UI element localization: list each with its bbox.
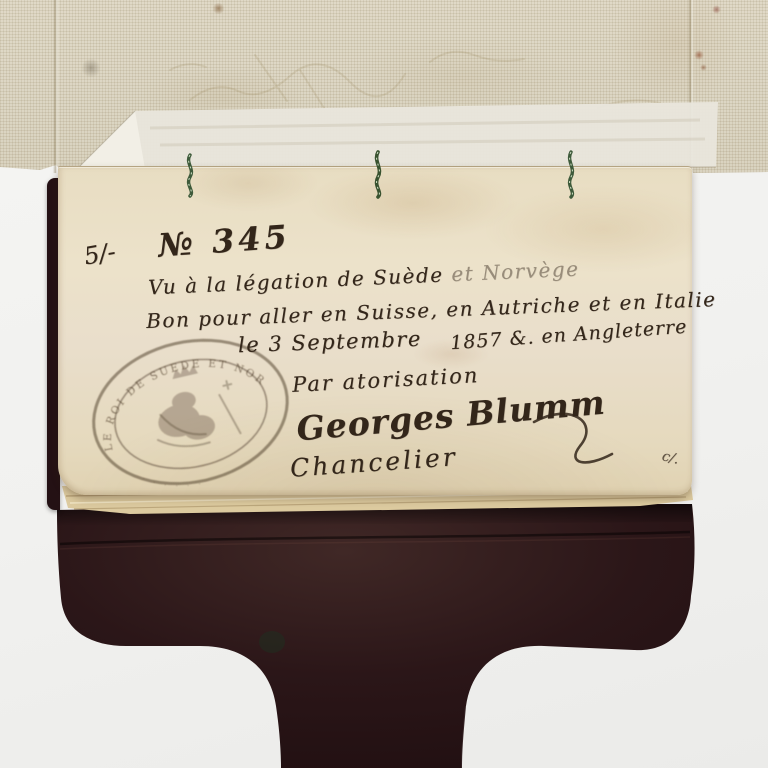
legation-ink-stamp: LE ROI DE SUEDE ET NOR · · · · · · xyxy=(82,332,308,494)
signature-flourish xyxy=(528,400,618,472)
leather-green-spot xyxy=(259,631,285,653)
price-mark: 5/- xyxy=(82,237,118,270)
photo-of-passport-document: LE ROI DE SUEDE ET NOR · · · · · · 5/- №… xyxy=(0,0,768,768)
green-stitch-right xyxy=(563,150,579,200)
muslin-folded-corner xyxy=(76,111,145,170)
leather-flap-shape xyxy=(57,504,695,768)
green-stitch-left xyxy=(182,153,198,199)
muslin-strip-body xyxy=(76,102,718,170)
green-stitch-center xyxy=(370,150,386,200)
